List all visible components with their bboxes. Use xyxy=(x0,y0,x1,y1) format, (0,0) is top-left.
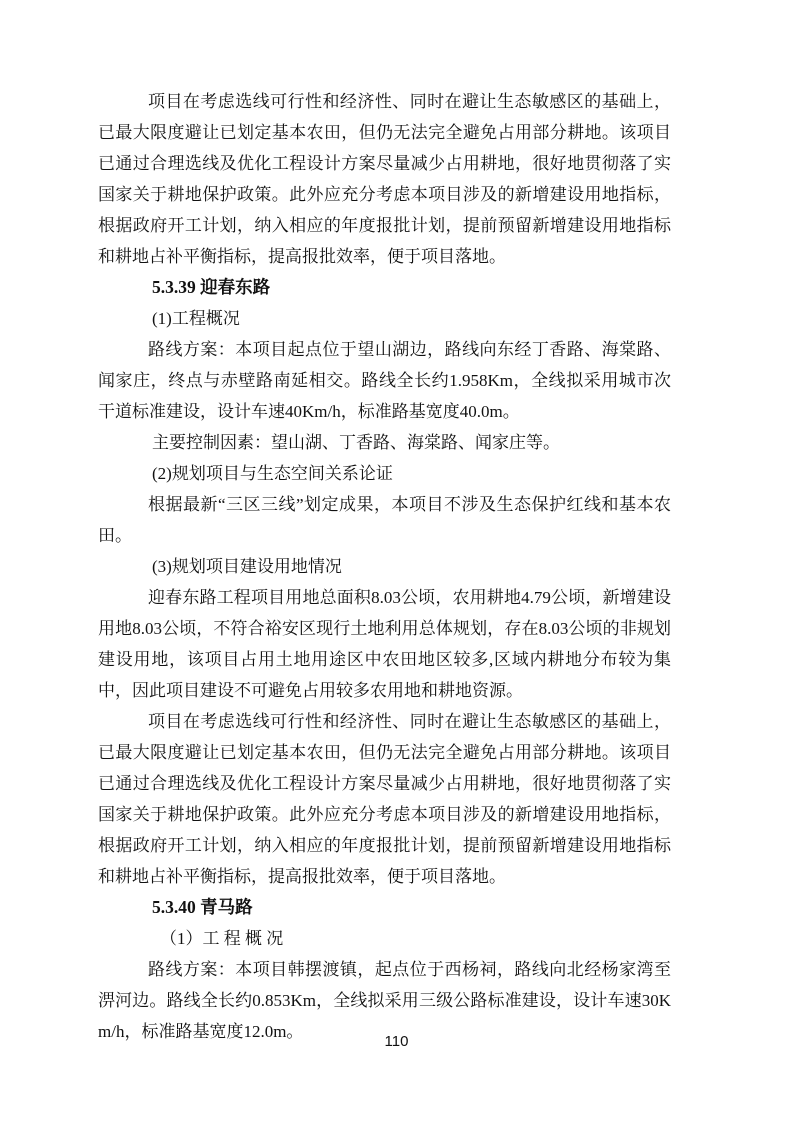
paragraph-route-plan-yingchun: 路线方案：本项目起点位于望山湖边，路线向东经丁香路、海棠路、闻家庄，终点与赤壁路… xyxy=(98,334,671,427)
paragraph-project-overview-label-2: （1）工 程 概 况 xyxy=(98,923,671,954)
paragraph-policy-mitigation: 项目在考虑选线可行性和经济性、同时在避让生态敏感区的基础上，已最大限度避让已划定… xyxy=(98,86,671,272)
document-page: 项目在考虑选线可行性和经济性、同时在避让生态敏感区的基础上，已最大限度避让已划定… xyxy=(0,0,793,1122)
page-footer: 110 xyxy=(0,1031,793,1053)
paragraph-three-zones-result: 根据最新“三区三线”划定成果，本项目不涉及生态保护红线和基本农田。 xyxy=(98,489,671,551)
paragraph-land-use-detail: 迎春东路工程项目用地总面积8.03公顷，农用耕地4.79公顷，新增建设用地8.0… xyxy=(98,582,671,706)
paragraph-policy-mitigation-repeat: 项目在考虑选线可行性和经济性、同时在避让生态敏感区的基础上，已最大限度避让已划定… xyxy=(98,706,671,892)
paragraph-eco-space-label: (2)规划项目与生态空间关系论证 xyxy=(98,458,671,489)
paragraph-project-overview-label: (1)工程概况 xyxy=(98,303,671,334)
page-number: 110 xyxy=(385,1033,409,1050)
section-heading-5-3-40: 5.3.40 青马路 xyxy=(98,892,671,923)
paragraph-control-factors: 主要控制因素：望山湖、丁香路、海棠路、闻家庄等。 xyxy=(98,427,671,458)
document-body: 项目在考虑选线可行性和经济性、同时在避让生态敏感区的基础上，已最大限度避让已划定… xyxy=(98,86,671,1047)
paragraph-land-use-label: (3)规划项目建设用地情况 xyxy=(98,551,671,582)
section-heading-5-3-39: 5.3.39 迎春东路 xyxy=(98,272,671,303)
